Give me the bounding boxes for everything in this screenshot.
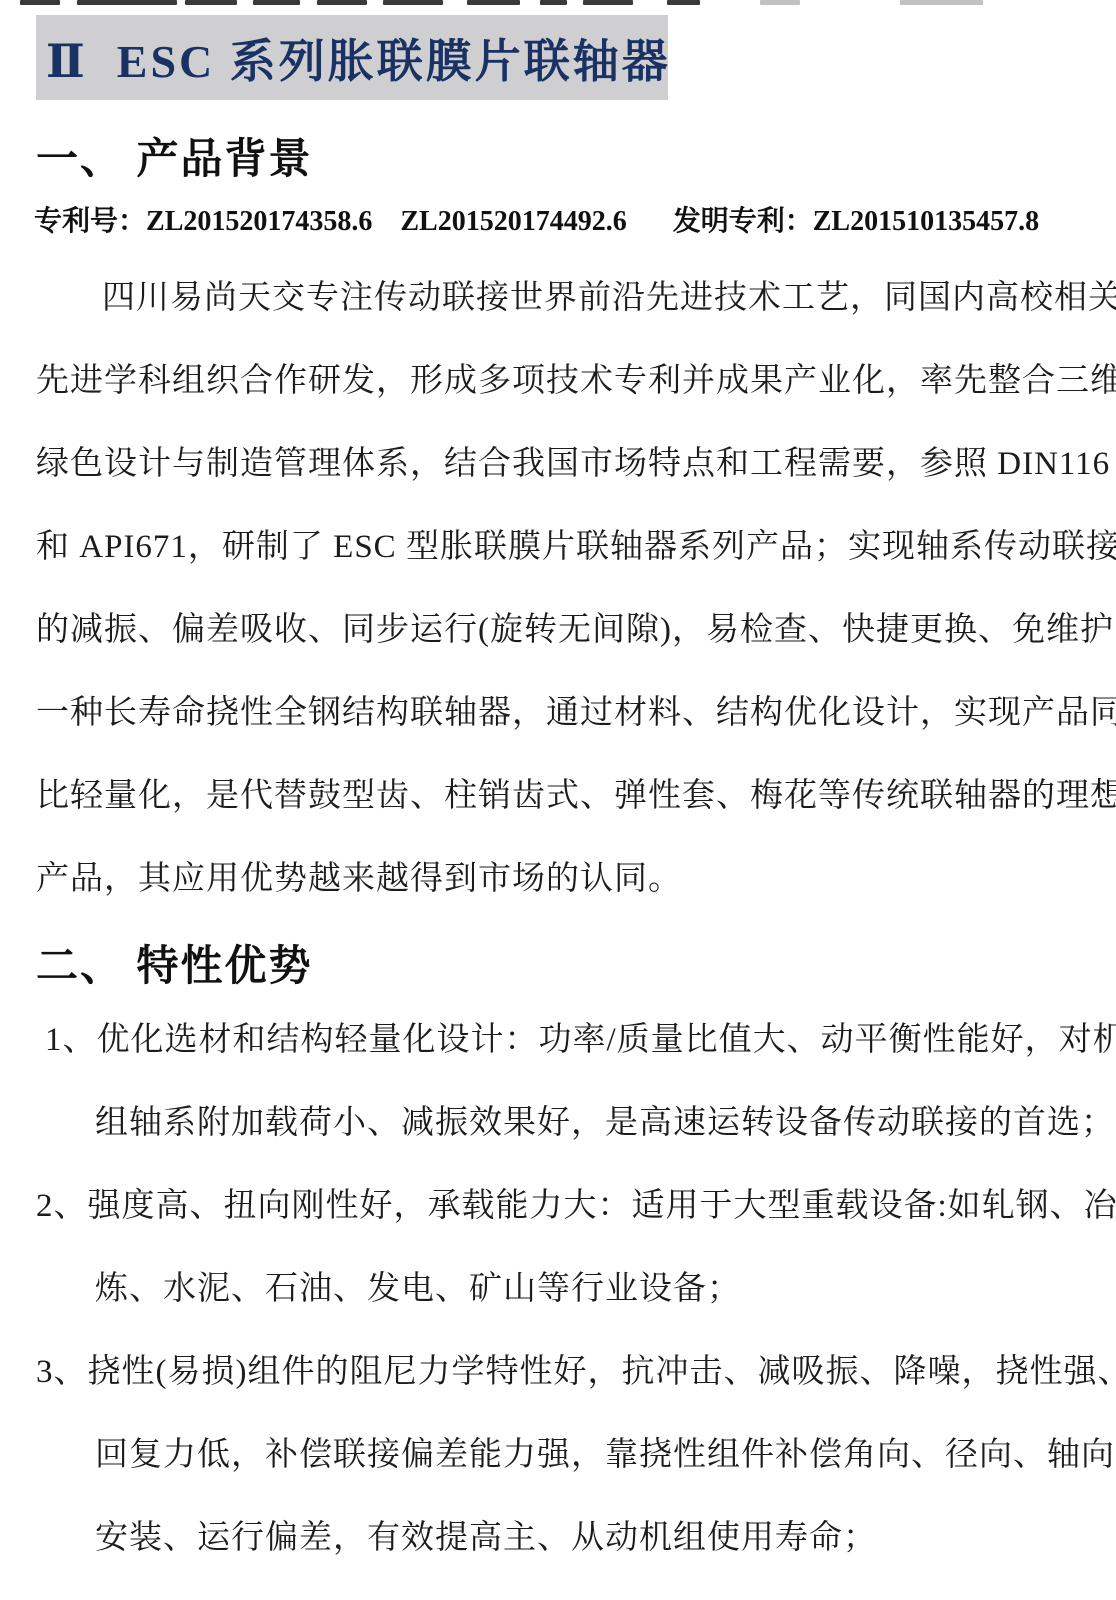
text-line: 先进学科组织合作研发，形成多项技术专利并成果产业化，率先整合三维 [36, 340, 1082, 423]
background-paragraph: 四川易尚天交专注传动联接世界前沿先进技术工艺，同国内高校相关先进学科组织合作研发… [36, 257, 1082, 921]
text-line: 产品，其应用优势越来越得到市场的认同。 [36, 838, 1082, 921]
document-page: Ⅱ ESC 系列胀联膜片联轴器 一、 产品背景 专利号：ZL2015201743… [0, 0, 1116, 1600]
patent-number-1: ZL201520174358.6 [146, 206, 372, 237]
invention-patent-number: ZL201510135457.8 [813, 206, 1039, 237]
patent-line: 专利号：ZL201520174358.6ZL201520174492.6发明专利… [34, 199, 1094, 239]
cropped-text-remnant [0, 0, 1116, 8]
text-line: 四川易尚天交专注传动联接世界前沿先进技术工艺，同国内高校相关 [36, 257, 1082, 340]
text-line: 1、优化选材和结构轻量化设计：功率/质量比值大、动平衡性能好，对机 [36, 999, 1082, 1082]
text-line: 安装、运行偏差，有效提高主、从动机组使用寿命； [36, 1497, 1082, 1580]
text-line: 2、强度高、扭向刚性好，承载能力大：适用于大型重载设备:如轧钢、冶 [36, 1165, 1082, 1248]
text-line: 组轴系附加载荷小、减振效果好，是高速运转设备传动联接的首选； [36, 1082, 1082, 1165]
text-line: 回复力低，补偿联接偏差能力强，靠挠性组件补偿角向、径向、轴向 [36, 1414, 1082, 1497]
text-line: 的减振、偏差吸收、同步运行(旋转无间隙)，易检查、快捷更换、免维护的 [36, 589, 1082, 672]
section-heading-background: 一、 产品背景 [36, 126, 313, 186]
title-highlight: Ⅱ ESC 系列胀联膜片联轴器 [36, 15, 668, 100]
text-line: 绿色设计与制造管理体系，结合我国市场特点和工程需要，参照 DIN116 [36, 423, 1082, 506]
text-line: 3、挠性(易损)组件的阻尼力学特性好，抗冲击、减吸振、降噪，挠性强、 [36, 1331, 1082, 1414]
section-heading-features: 二、 特性优势 [36, 933, 313, 993]
features-list: 1、优化选材和结构轻量化设计：功率/质量比值大、动平衡性能好，对机组轴系附加载荷… [36, 999, 1082, 1580]
text-line: 炼、水泥、石油、发电、矿山等行业设备； [36, 1248, 1082, 1331]
text-line: 一种长寿命挠性全钢结构联轴器，通过材料、结构优化设计，实现产品同 [36, 672, 1082, 755]
patent-number-2: ZL201520174492.6 [400, 206, 626, 237]
text-line: 和 API671，研制了 ESC 型胀联膜片联轴器系列产品；实现轴系传动联接 [36, 506, 1082, 589]
page-title: Ⅱ ESC 系列胀联膜片联轴器 [36, 25, 671, 91]
invention-patent-label: 发明专利： [673, 206, 813, 237]
text-line: 比轻量化，是代替鼓型齿、柱销齿式、弹性套、梅花等传统联轴器的理想 [36, 755, 1082, 838]
patent-label: 专利号： [34, 206, 146, 237]
